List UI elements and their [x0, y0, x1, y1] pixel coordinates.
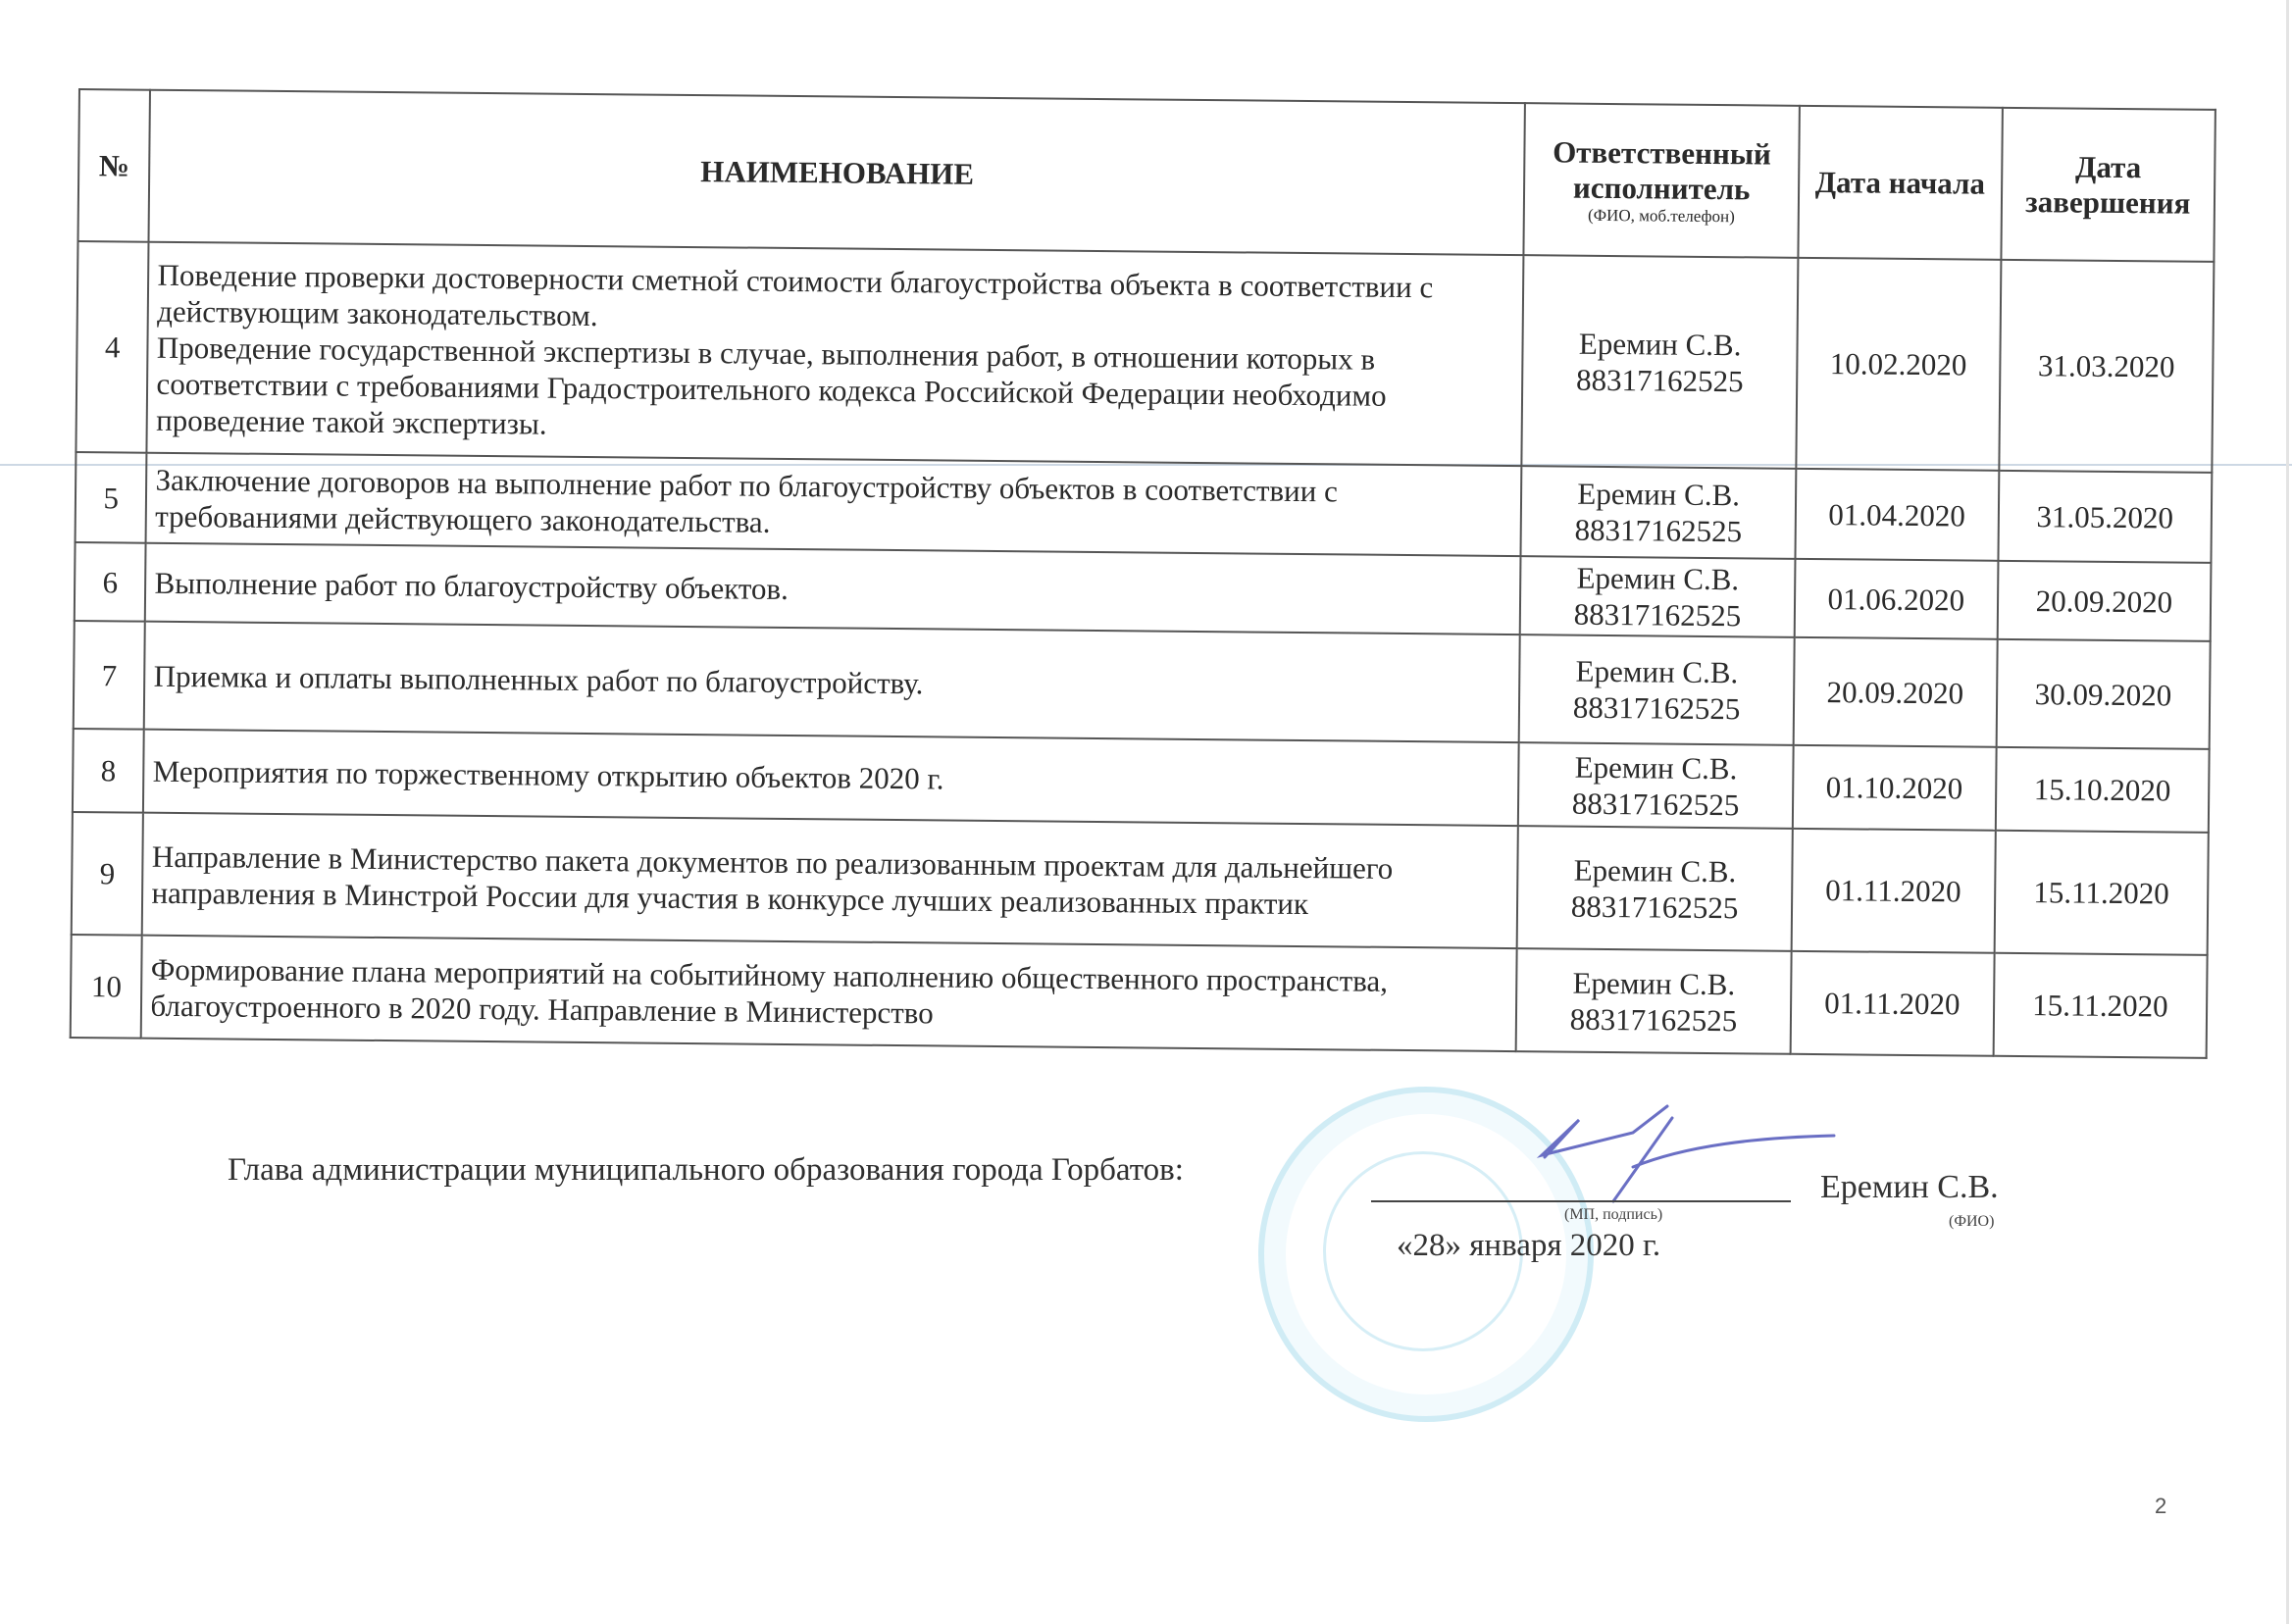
signer-position-label: Глава администрации муниципального образ… [228, 1152, 1184, 1189]
row-start-date: 01.06.2020 [1794, 559, 1998, 639]
signing-date: «28» января 2020 г. [1397, 1228, 1660, 1264]
row-responsible: Еремин С.В.88317162525 [1517, 826, 1793, 951]
row-number: 8 [73, 729, 144, 813]
description-paragraph: Поведение проверки достоверности сметной… [157, 257, 1515, 342]
row-responsible: Еремин С.В.88317162525 [1516, 948, 1791, 1054]
row-description: Поведение проверки достоверности сметной… [147, 242, 1524, 466]
responsible-phone: 88317162525 [1530, 511, 1787, 550]
row-responsible: Еремин С.В.88317162525 [1521, 466, 1796, 559]
row-number: 5 [76, 452, 147, 543]
page-edge [2286, 0, 2289, 1624]
row-description: Заключение договоров на выполнение работ… [146, 453, 1522, 556]
responsible-name: Еремин С.В. [1529, 652, 1786, 691]
row-end-date: 15.10.2020 [1996, 747, 2210, 833]
responsible-name: Еремин С.В. [1532, 325, 1789, 364]
header-responsible-sub: (ФИО, моб.телефон) [1533, 205, 1790, 228]
signature-mark [1501, 1098, 1873, 1226]
row-responsible: Еремин С.В.88317162525 [1520, 556, 1795, 637]
row-responsible: Еремин С.В.88317162525 [1518, 742, 1793, 829]
header-end-date: Дата завершения [2001, 108, 2216, 262]
description-paragraph: Проведение государственной экспертизы в … [156, 330, 1514, 451]
description-paragraph: Направление в Министерство пакета докуме… [151, 837, 1509, 923]
row-start-date: 01.04.2020 [1795, 469, 1999, 561]
header-start-date: Дата начала [1798, 106, 2002, 260]
table-row: 10Формирование плана мероприятий на собы… [71, 935, 2208, 1058]
page-number: 2 [2155, 1494, 2166, 1519]
row-number: 10 [71, 935, 142, 1039]
row-number: 4 [76, 241, 148, 453]
description-paragraph: Формирование плана мероприятий на событи… [150, 950, 1508, 1036]
row-start-date: 01.10.2020 [1793, 745, 1997, 831]
responsible-phone: 88317162525 [1526, 888, 1783, 927]
row-start-date: 10.02.2020 [1796, 258, 2001, 471]
row-end-date: 30.09.2020 [1996, 639, 2210, 749]
responsible-phone: 88317162525 [1528, 688, 1785, 728]
responsible-phone: 88317162525 [1529, 595, 1786, 634]
table-body: 4Поведение проверки достоверности сметно… [71, 241, 2215, 1058]
row-end-date: 31.03.2020 [1999, 260, 2214, 473]
description-paragraph: Приемка и оплаты выполненных работ по бл… [154, 657, 1511, 706]
row-description: Выполнение работ по благоустройству объе… [145, 543, 1521, 634]
row-start-date: 01.11.2020 [1790, 951, 1994, 1056]
description-paragraph: Мероприятия по торжественному открытию о… [153, 753, 1510, 802]
row-number: 6 [75, 542, 146, 622]
row-responsible: Еремин С.В.88317162525 [1522, 255, 1798, 469]
row-description: Приемка и оплаты выполненных работ по бл… [144, 622, 1520, 742]
responsible-name: Еремин С.В. [1527, 851, 1784, 890]
row-responsible: Еремин С.В.88317162525 [1519, 634, 1794, 745]
description-paragraph: Выполнение работ по благоустройству объе… [154, 564, 1511, 613]
responsible-phone: 88317162525 [1531, 361, 1788, 400]
header-responsible: Ответственный исполнитель (ФИО, моб.теле… [1524, 103, 1800, 258]
table-row: 4Поведение проверки достоверности сметно… [76, 241, 2214, 473]
row-start-date: 20.09.2020 [1793, 637, 1997, 747]
responsible-name: Еремин С.В. [1526, 964, 1783, 1003]
description-paragraph: Заключение договоров на выполнение работ… [155, 462, 1513, 547]
signer-name-caption: (ФИО) [1949, 1213, 1994, 1231]
responsible-name: Еремин С.В. [1528, 748, 1785, 787]
responsible-name: Еремин С.В. [1530, 559, 1787, 598]
responsible-phone: 88317162525 [1525, 1000, 1782, 1040]
table-row: 9Направление в Министерство пакета докум… [72, 812, 2209, 955]
row-number: 7 [74, 621, 145, 730]
row-description: Мероприятия по торжественному открытию о… [143, 730, 1519, 826]
row-end-date: 31.05.2020 [1998, 471, 2212, 563]
header-responsible-label: Ответственный исполнитель [1553, 134, 1771, 206]
row-end-date: 20.09.2020 [1997, 561, 2211, 641]
signature-line [1371, 1200, 1791, 1202]
responsible-name: Еремин С.В. [1530, 475, 1787, 514]
responsible-phone: 88317162525 [1527, 785, 1784, 824]
signature-caption: (МП, подпись) [1564, 1206, 1662, 1224]
row-end-date: 15.11.2020 [1994, 831, 2209, 955]
table-row: 7Приемка и оплаты выполненных работ по б… [74, 621, 2211, 749]
signer-name: Еремин С.В. [1820, 1169, 1999, 1206]
row-number: 9 [72, 812, 144, 936]
header-name: НАИМЕНОВАНИЕ [149, 90, 1525, 255]
row-description: Направление в Министерство пакета докуме… [142, 813, 1518, 948]
row-end-date: 15.11.2020 [1993, 953, 2207, 1058]
schedule-table: № НАИМЕНОВАНИЕ Ответственный исполнитель… [70, 88, 2216, 1059]
table-header-row: № НАИМЕНОВАНИЕ Ответственный исполнитель… [78, 89, 2216, 262]
row-start-date: 01.11.2020 [1791, 829, 1995, 953]
schedule-table-container: № НАИМЕНОВАНИЕ Ответственный исполнитель… [70, 88, 2216, 1059]
row-description: Формирование плана мероприятий на событи… [141, 936, 1517, 1051]
header-num: № [78, 89, 151, 242]
